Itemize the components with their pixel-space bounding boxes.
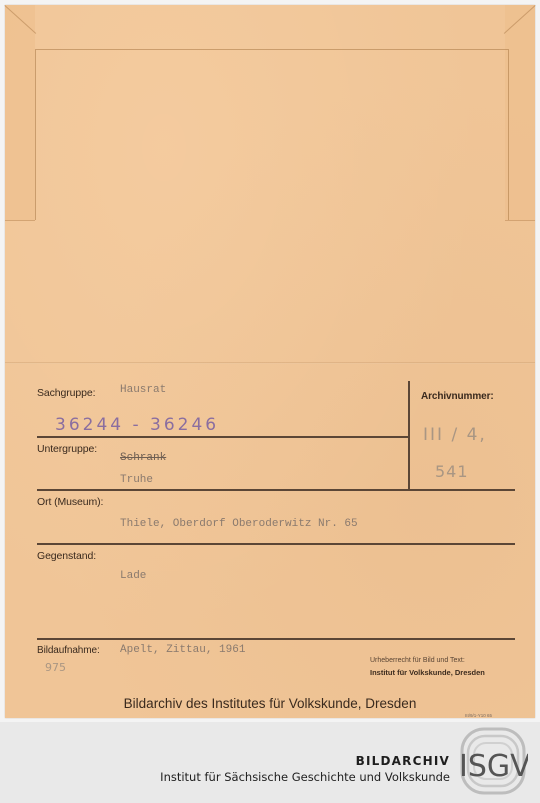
bildaufnahme-value: Apelt, Zittau, 1961: [120, 644, 245, 656]
archivnummer-divider: [408, 381, 410, 490]
untergruppe-struck-value: Schrank: [120, 452, 166, 464]
archive-card: Sachgruppe: Hausrat 36244 - 36246 Unterg…: [5, 5, 535, 718]
untergruppe-label: Untergruppe:: [37, 443, 97, 455]
sachgruppe-value: Hausrat: [120, 384, 166, 396]
divider-untergruppe: [37, 489, 515, 491]
divider-sachgruppe: [37, 436, 409, 438]
sleeve-strip-left: [5, 5, 35, 221]
sachgruppe-label: Sachgruppe:: [37, 387, 95, 399]
copyright-notice: Urheberrecht für Bild und Text:: [370, 657, 465, 664]
banner-subtitle: Institut für Sächsische Geschichte und V…: [160, 770, 450, 784]
sleeve-window: [35, 49, 509, 220]
fold-line: [5, 362, 535, 364]
copyright-holder: Institut für Volkskunde, Dresden: [370, 668, 485, 677]
gegenstand-label: Gegenstand:: [37, 550, 96, 562]
archivnummer-label: Archivnummer:: [421, 391, 494, 402]
banner-title: BILDARCHIV: [356, 754, 450, 768]
gegenstand-value: Lade: [120, 570, 146, 582]
isgv-spiral-logo-icon: ISGV: [456, 727, 528, 797]
ort-value: Thiele, Oberdorf Oberoderwitz Nr. 65: [120, 518, 358, 530]
ort-label: Ort (Museum):: [37, 496, 103, 508]
card-footer-title: Bildarchiv des Institutes für Volkskunde…: [5, 696, 535, 711]
archivnummer-handwritten-line2: 541: [435, 462, 469, 481]
bildaufnahme-label: Bildaufnahme:: [37, 645, 100, 656]
bildaufnahme-handwritten-number: 975: [45, 661, 66, 674]
untergruppe-value: Truhe: [120, 474, 153, 486]
sleeve-strip-right: [505, 5, 535, 221]
print-code: III/9/1-Y10 65: [465, 713, 492, 718]
logo-text: ISGV: [459, 749, 528, 784]
divider-ort: [37, 543, 515, 545]
sachgruppe-handwritten-range: 36244 - 36246: [55, 415, 219, 435]
archivnummer-handwritten-line1: III / 4,: [423, 425, 487, 445]
divider-gegenstand: [37, 638, 515, 640]
